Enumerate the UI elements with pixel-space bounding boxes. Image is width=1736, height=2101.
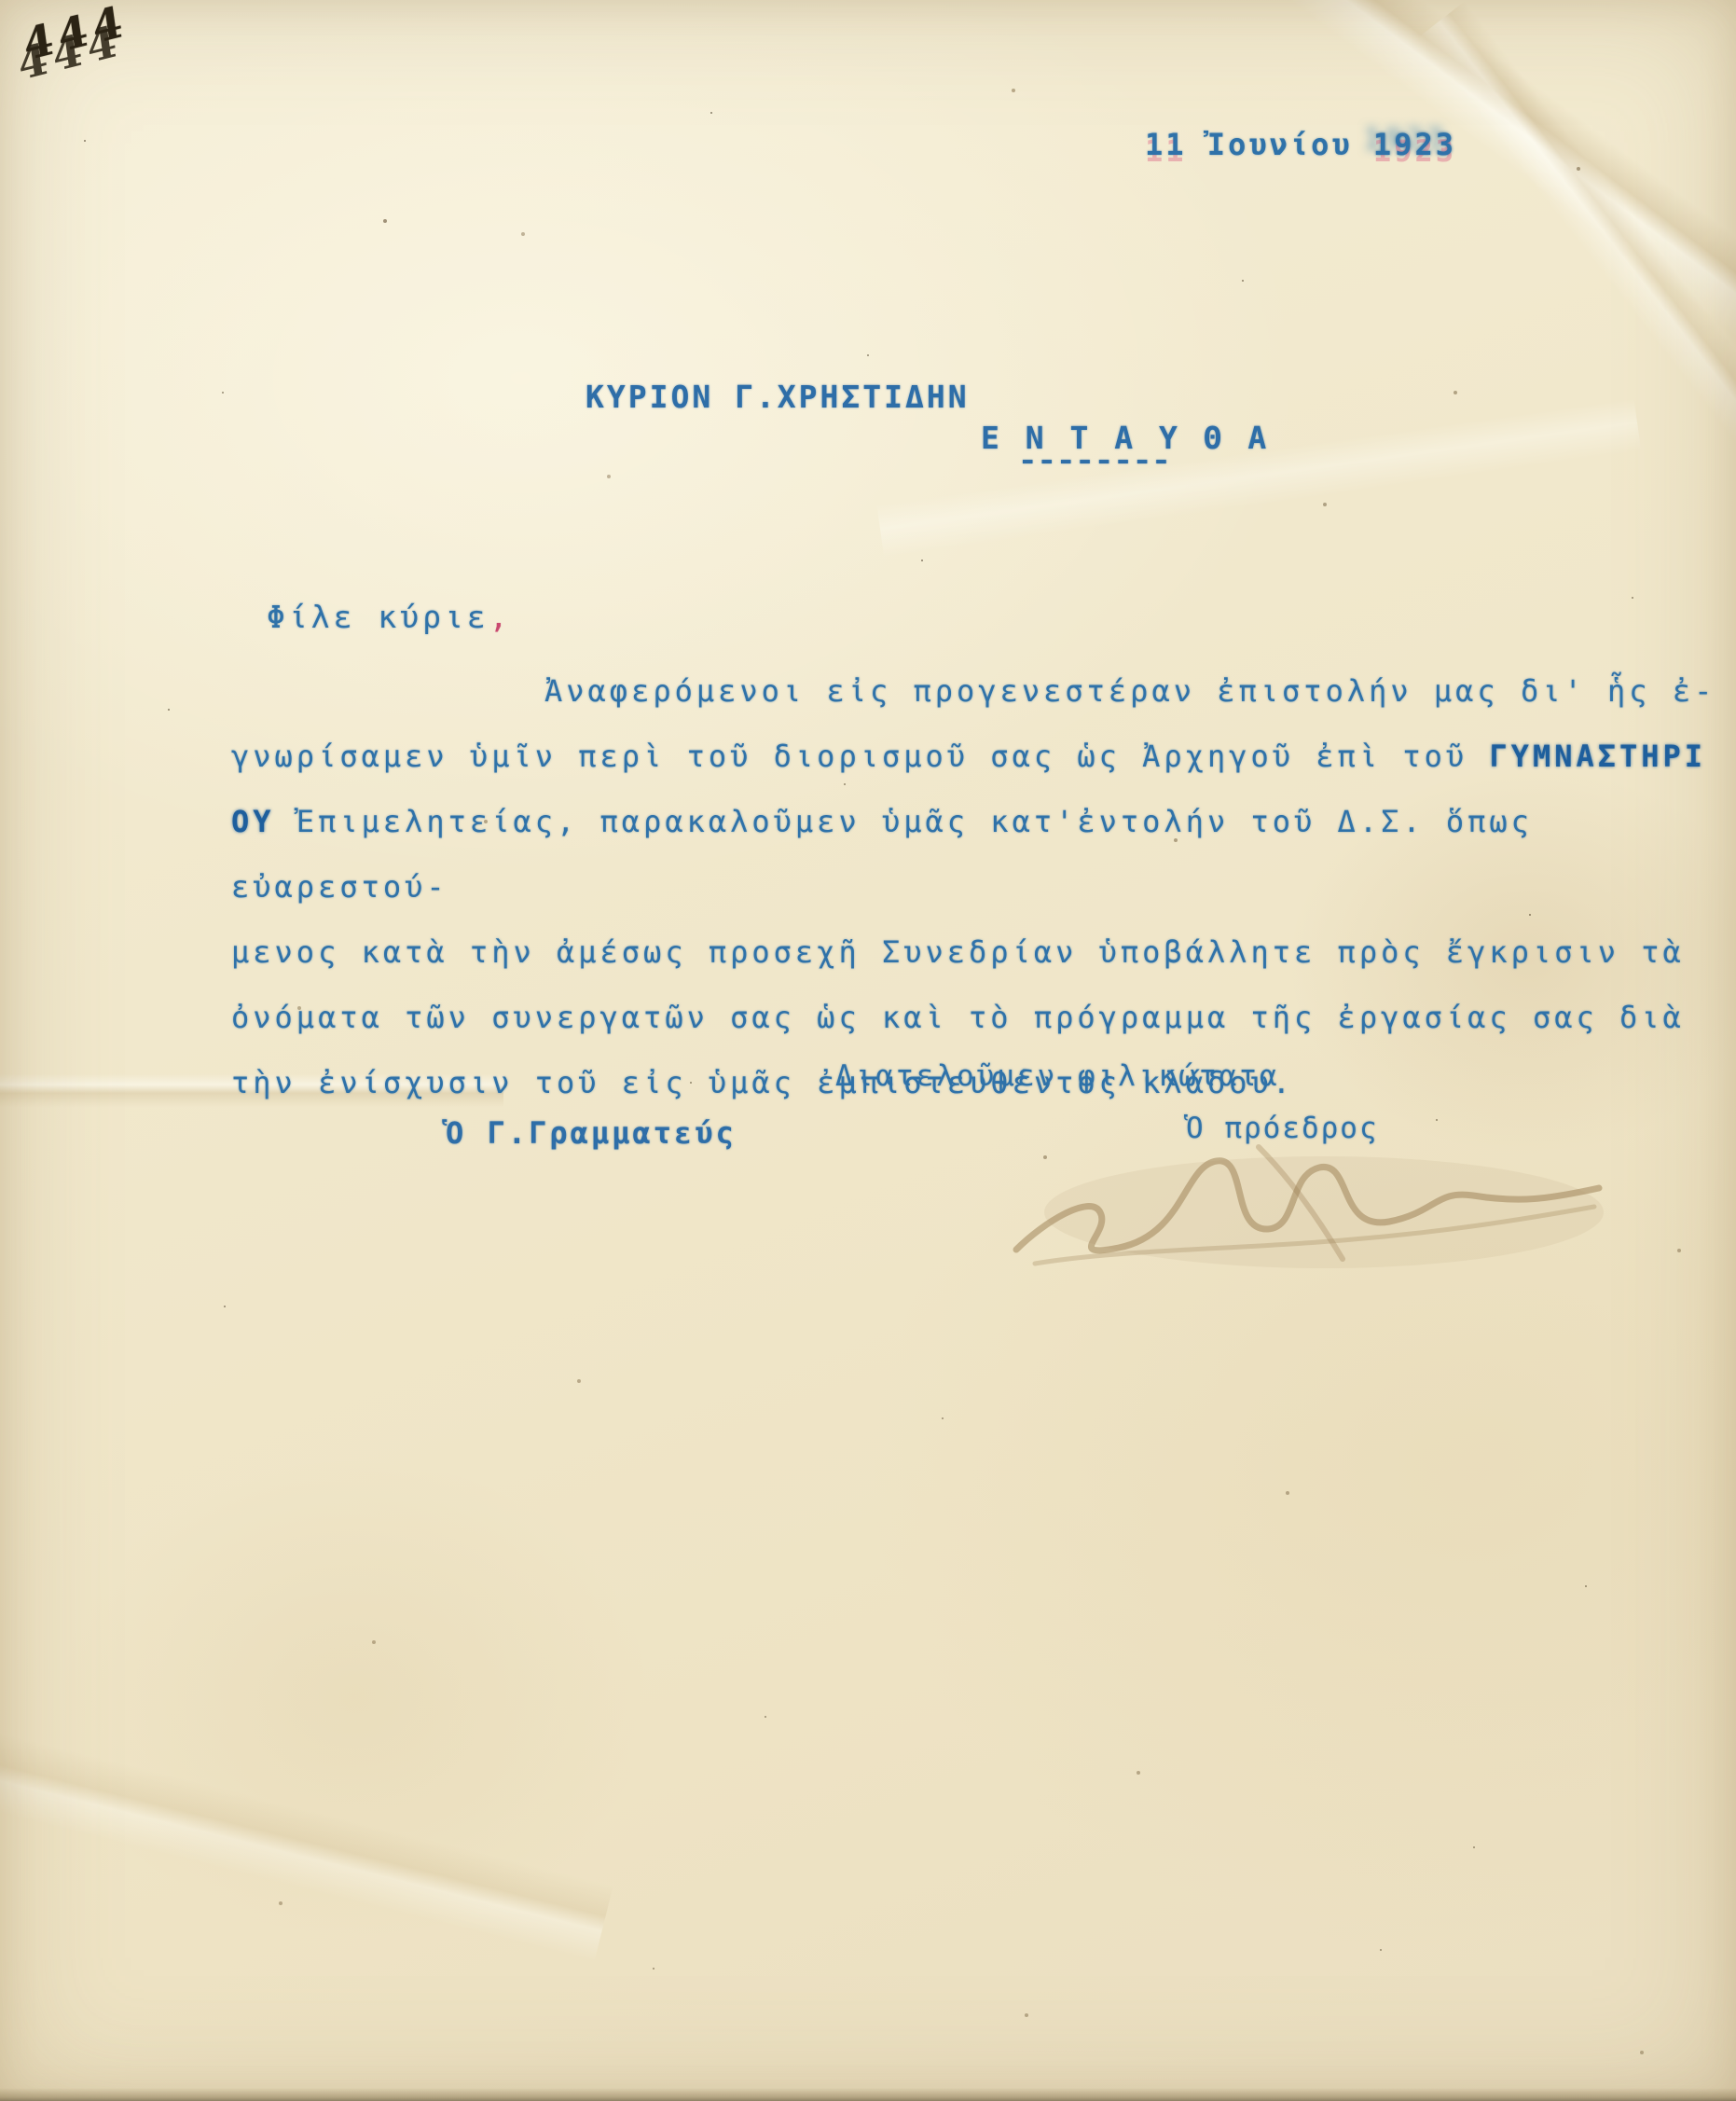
body-line: μενος κατὰ τὴν ἀμέσως προσεχῆ Συνεδρίαν … [231,919,1732,985]
date-year: 1923 [1373,127,1456,162]
body-line-bold-word: ΓΥΜΝΑΣΤΗΡΙ [1489,739,1706,774]
archive-stamp-number: 444 [21,0,131,71]
body-line: ΟΥ Ἐπιμελητείας, παρακαλοῦμεν ὑμᾶς κατ'ἐ… [231,789,1732,919]
secretary-title: Ὁ Γ.Γραμματεύς [446,1115,737,1151]
scan-bottom-edge [0,2088,1736,2101]
body-line-text: γνωρίσαμεν ὑμῖν περὶ τοῦ διορισμοῦ σας ὡ… [231,739,1489,774]
date-day: 11 [1145,127,1187,162]
date-month: Ἰουνίου [1207,127,1353,162]
president-title: Ὁ πρόεδρος [1186,1112,1379,1145]
recipient-underline: -------- [1018,446,1171,476]
paper-stain [56,1455,653,1940]
paper-crease-top-right [1096,0,1736,619]
body-line-bold-word: ΟΥ [231,804,275,839]
body-line: ὀνόματα τῶν συνεργατῶν σας ὡς καὶ τὸ πρό… [231,985,1732,1050]
paper-crease-bottom-left [0,1569,653,2101]
recipient-name: ΚΥΡΙΟΝ Γ.ΧΡΗΣΤΙΔΗΝ [586,379,970,415]
body-line: Ἀναφερόμενοι εἰς προγενεστέραν ἐπιστολήν… [231,658,1732,724]
closing-line: Διατελοῦμεν φιλικώτατα [835,1059,1280,1093]
letter-page: 444 11 Ἰουνίου 1923 ΚΥΡΙΟΝ Γ.ΧΡΗΣΤΙΔΗΝ Ε… [0,0,1736,2101]
paper-crease-top-right-2 [1192,0,1736,728]
salutation-comma: , [489,599,512,635]
salutation-text: Φίλε κύριε [267,599,489,635]
letter-date: 11 Ἰουνίου 1923 [1145,127,1456,162]
paper-crease-middle [863,302,1654,649]
body-line: γνωρίσαμεν ὑμῖν περὶ τοῦ διορισμοῦ σας ὡ… [231,724,1732,789]
paper-speckles [0,0,2,2]
body-line-text: Ἐπιμελητείας, παρακαλοῦμεν ὑμᾶς κατ'ἐντο… [231,804,1533,905]
letter-body: Ἀναφερόμενοι εἰς προγενεστέραν ἐπιστολήν… [231,658,1732,1115]
salutation: Φίλε κύριε, [267,599,512,635]
